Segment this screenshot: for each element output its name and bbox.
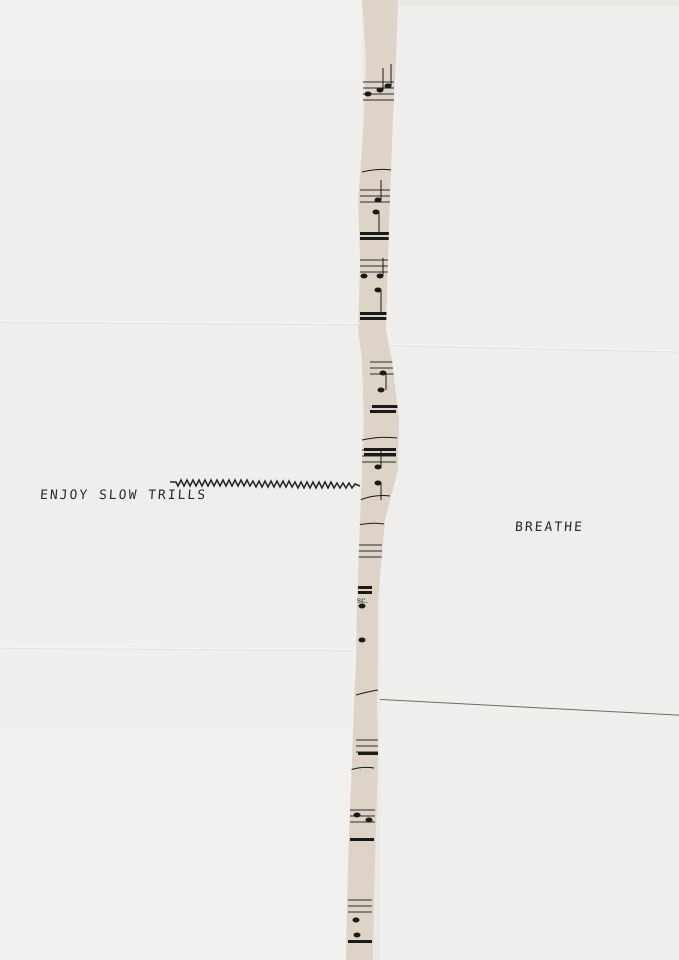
trill-squiggle-icon xyxy=(170,478,362,494)
music-marking: sc. xyxy=(357,596,368,605)
paper-right-panel xyxy=(380,6,679,960)
annotation-breathe: BREATHE xyxy=(514,520,584,535)
artwork: sc. ENJOY SLOW TRILLS BREATHE xyxy=(0,0,679,960)
